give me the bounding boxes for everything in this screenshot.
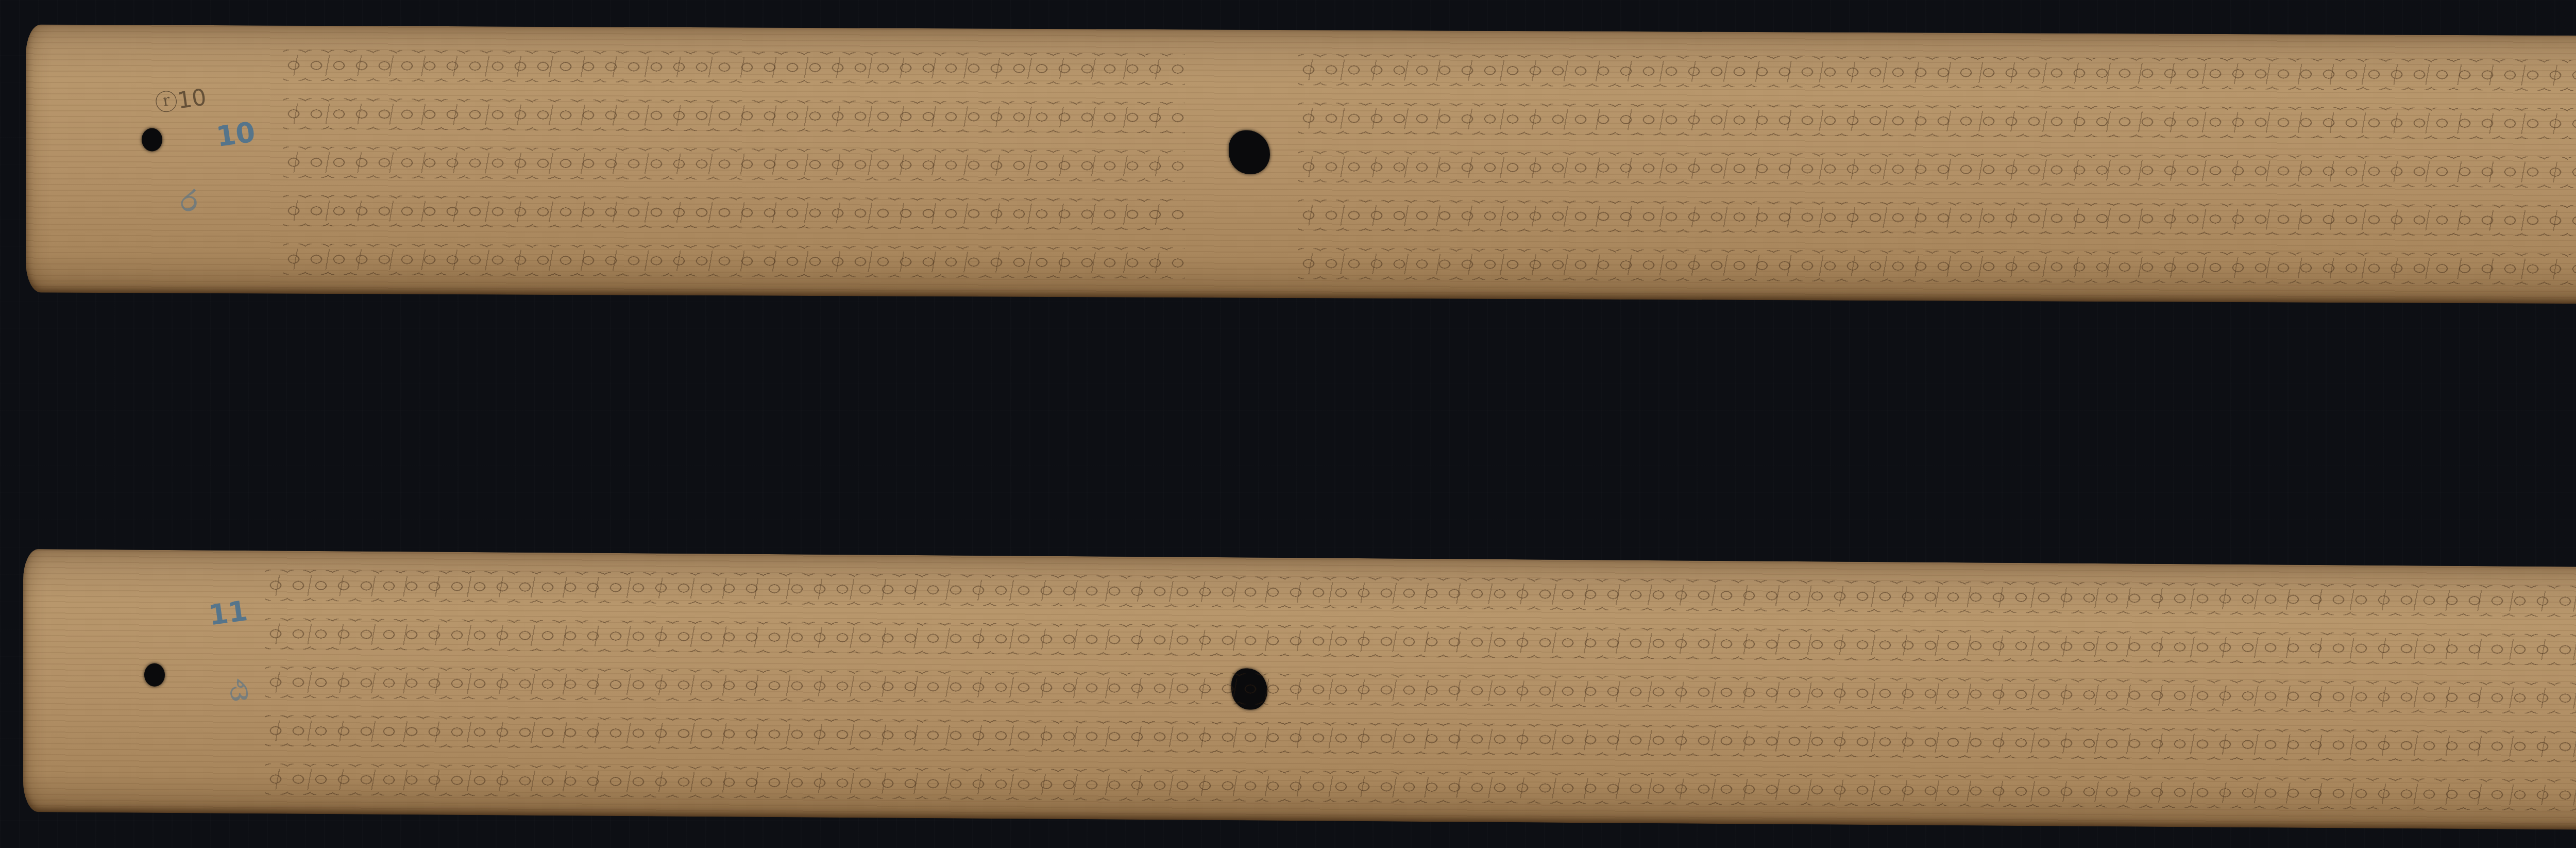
script-line: [1298, 54, 2576, 91]
script-line: [283, 147, 1185, 182]
script-line: [265, 763, 2576, 812]
binding-hole-left: [144, 663, 165, 687]
script-line: [1298, 103, 2576, 140]
binding-hole-center: [1229, 130, 1270, 174]
folio-number-left: 11: [207, 594, 249, 631]
palm-leaf-upper: ⓡ10 10 ර 10 Ⅰ: [26, 24, 2576, 305]
script-line: [265, 570, 2576, 618]
script-line: [283, 244, 1185, 279]
script-line: [265, 618, 2576, 667]
script-line: [265, 667, 2576, 715]
script-line: [283, 98, 1185, 134]
folio-number-left: 10: [214, 115, 257, 153]
binding-hole-left: [142, 128, 162, 151]
script-text-right-block: [1298, 45, 2576, 294]
script-line: [265, 715, 2576, 763]
folio-mark-left-lower: ර: [178, 184, 199, 219]
script-text-block: [265, 561, 2576, 821]
script-line: [1298, 199, 2576, 237]
script-line: [1298, 151, 2576, 188]
palm-leaf-lower: 11 ඨ 11 ඨ: [23, 549, 2576, 833]
script-line: [1298, 248, 2576, 285]
script-line: [283, 50, 1185, 85]
script-line: [283, 195, 1185, 230]
folio-ink-mark-left: ⓡ10: [152, 78, 208, 118]
script-text-left-block: [283, 41, 1185, 288]
folio-mark-left-lower: ඨ: [227, 673, 250, 708]
